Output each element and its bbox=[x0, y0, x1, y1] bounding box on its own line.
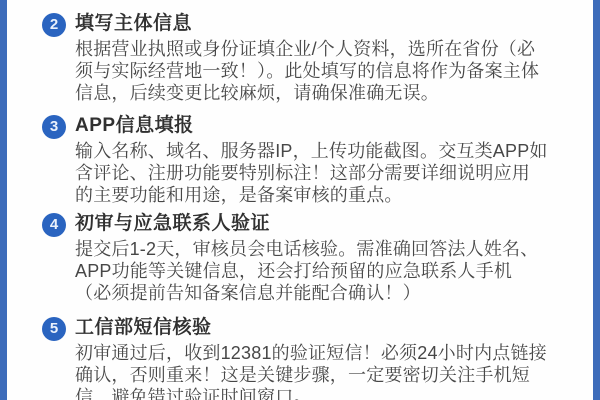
infographic-page: 2 填写主体信息 根据营业执照或身份证填企业/个人资料，选所在省份（必须与实际经… bbox=[0, 0, 600, 400]
step-description: 提交后1-2天，审核员会电话核验。需准确回答法人姓名、APP功能等关键信息，还会… bbox=[75, 238, 548, 304]
step-item-5: 5 工信部短信核验 初审通过后，收到12381的验证短信！必须24小时内点链接确… bbox=[42, 316, 562, 400]
step-title: 初审与应急联系人验证 bbox=[75, 212, 548, 235]
step-item-4: 4 初审与应急联系人验证 提交后1-2天，审核员会电话核验。需准确回答法人姓名、… bbox=[42, 212, 562, 304]
step-title: APP信息填报 bbox=[75, 114, 548, 137]
step-description: 初审通过后，收到12381的验证短信！必须24小时内点链接确认，否则重来！这是关… bbox=[75, 342, 548, 400]
step-item-3: 3 APP信息填报 输入名称、域名、服务器IP，上传功能截图。交互类APP如含评… bbox=[42, 114, 562, 206]
left-border-stripe bbox=[0, 0, 7, 400]
step-number-badge: 5 bbox=[42, 317, 66, 341]
step-number-badge: 4 bbox=[42, 213, 66, 237]
step-item-2: 2 填写主体信息 根据营业执照或身份证填企业/个人资料，选所在省份（必须与实际经… bbox=[42, 12, 562, 104]
step-content: 工信部短信核验 初审通过后，收到12381的验证短信！必须24小时内点链接确认，… bbox=[75, 316, 548, 400]
step-title: 工信部短信核验 bbox=[75, 316, 548, 339]
step-number-badge: 3 bbox=[42, 115, 66, 139]
step-title: 填写主体信息 bbox=[75, 12, 548, 35]
step-description: 根据营业执照或身份证填企业/个人资料，选所在省份（必须与实际经营地一致！）。此处… bbox=[75, 38, 548, 104]
step-description: 输入名称、域名、服务器IP，上传功能截图。交互类APP如含评论、注册功能要特别标… bbox=[75, 140, 548, 206]
right-border-stripe bbox=[593, 0, 600, 400]
step-content: 初审与应急联系人验证 提交后1-2天，审核员会电话核验。需准确回答法人姓名、AP… bbox=[75, 212, 548, 304]
step-content: 填写主体信息 根据营业执照或身份证填企业/个人资料，选所在省份（必须与实际经营地… bbox=[75, 12, 548, 104]
step-number-badge: 2 bbox=[42, 13, 66, 37]
step-content: APP信息填报 输入名称、域名、服务器IP，上传功能截图。交互类APP如含评论、… bbox=[75, 114, 548, 206]
